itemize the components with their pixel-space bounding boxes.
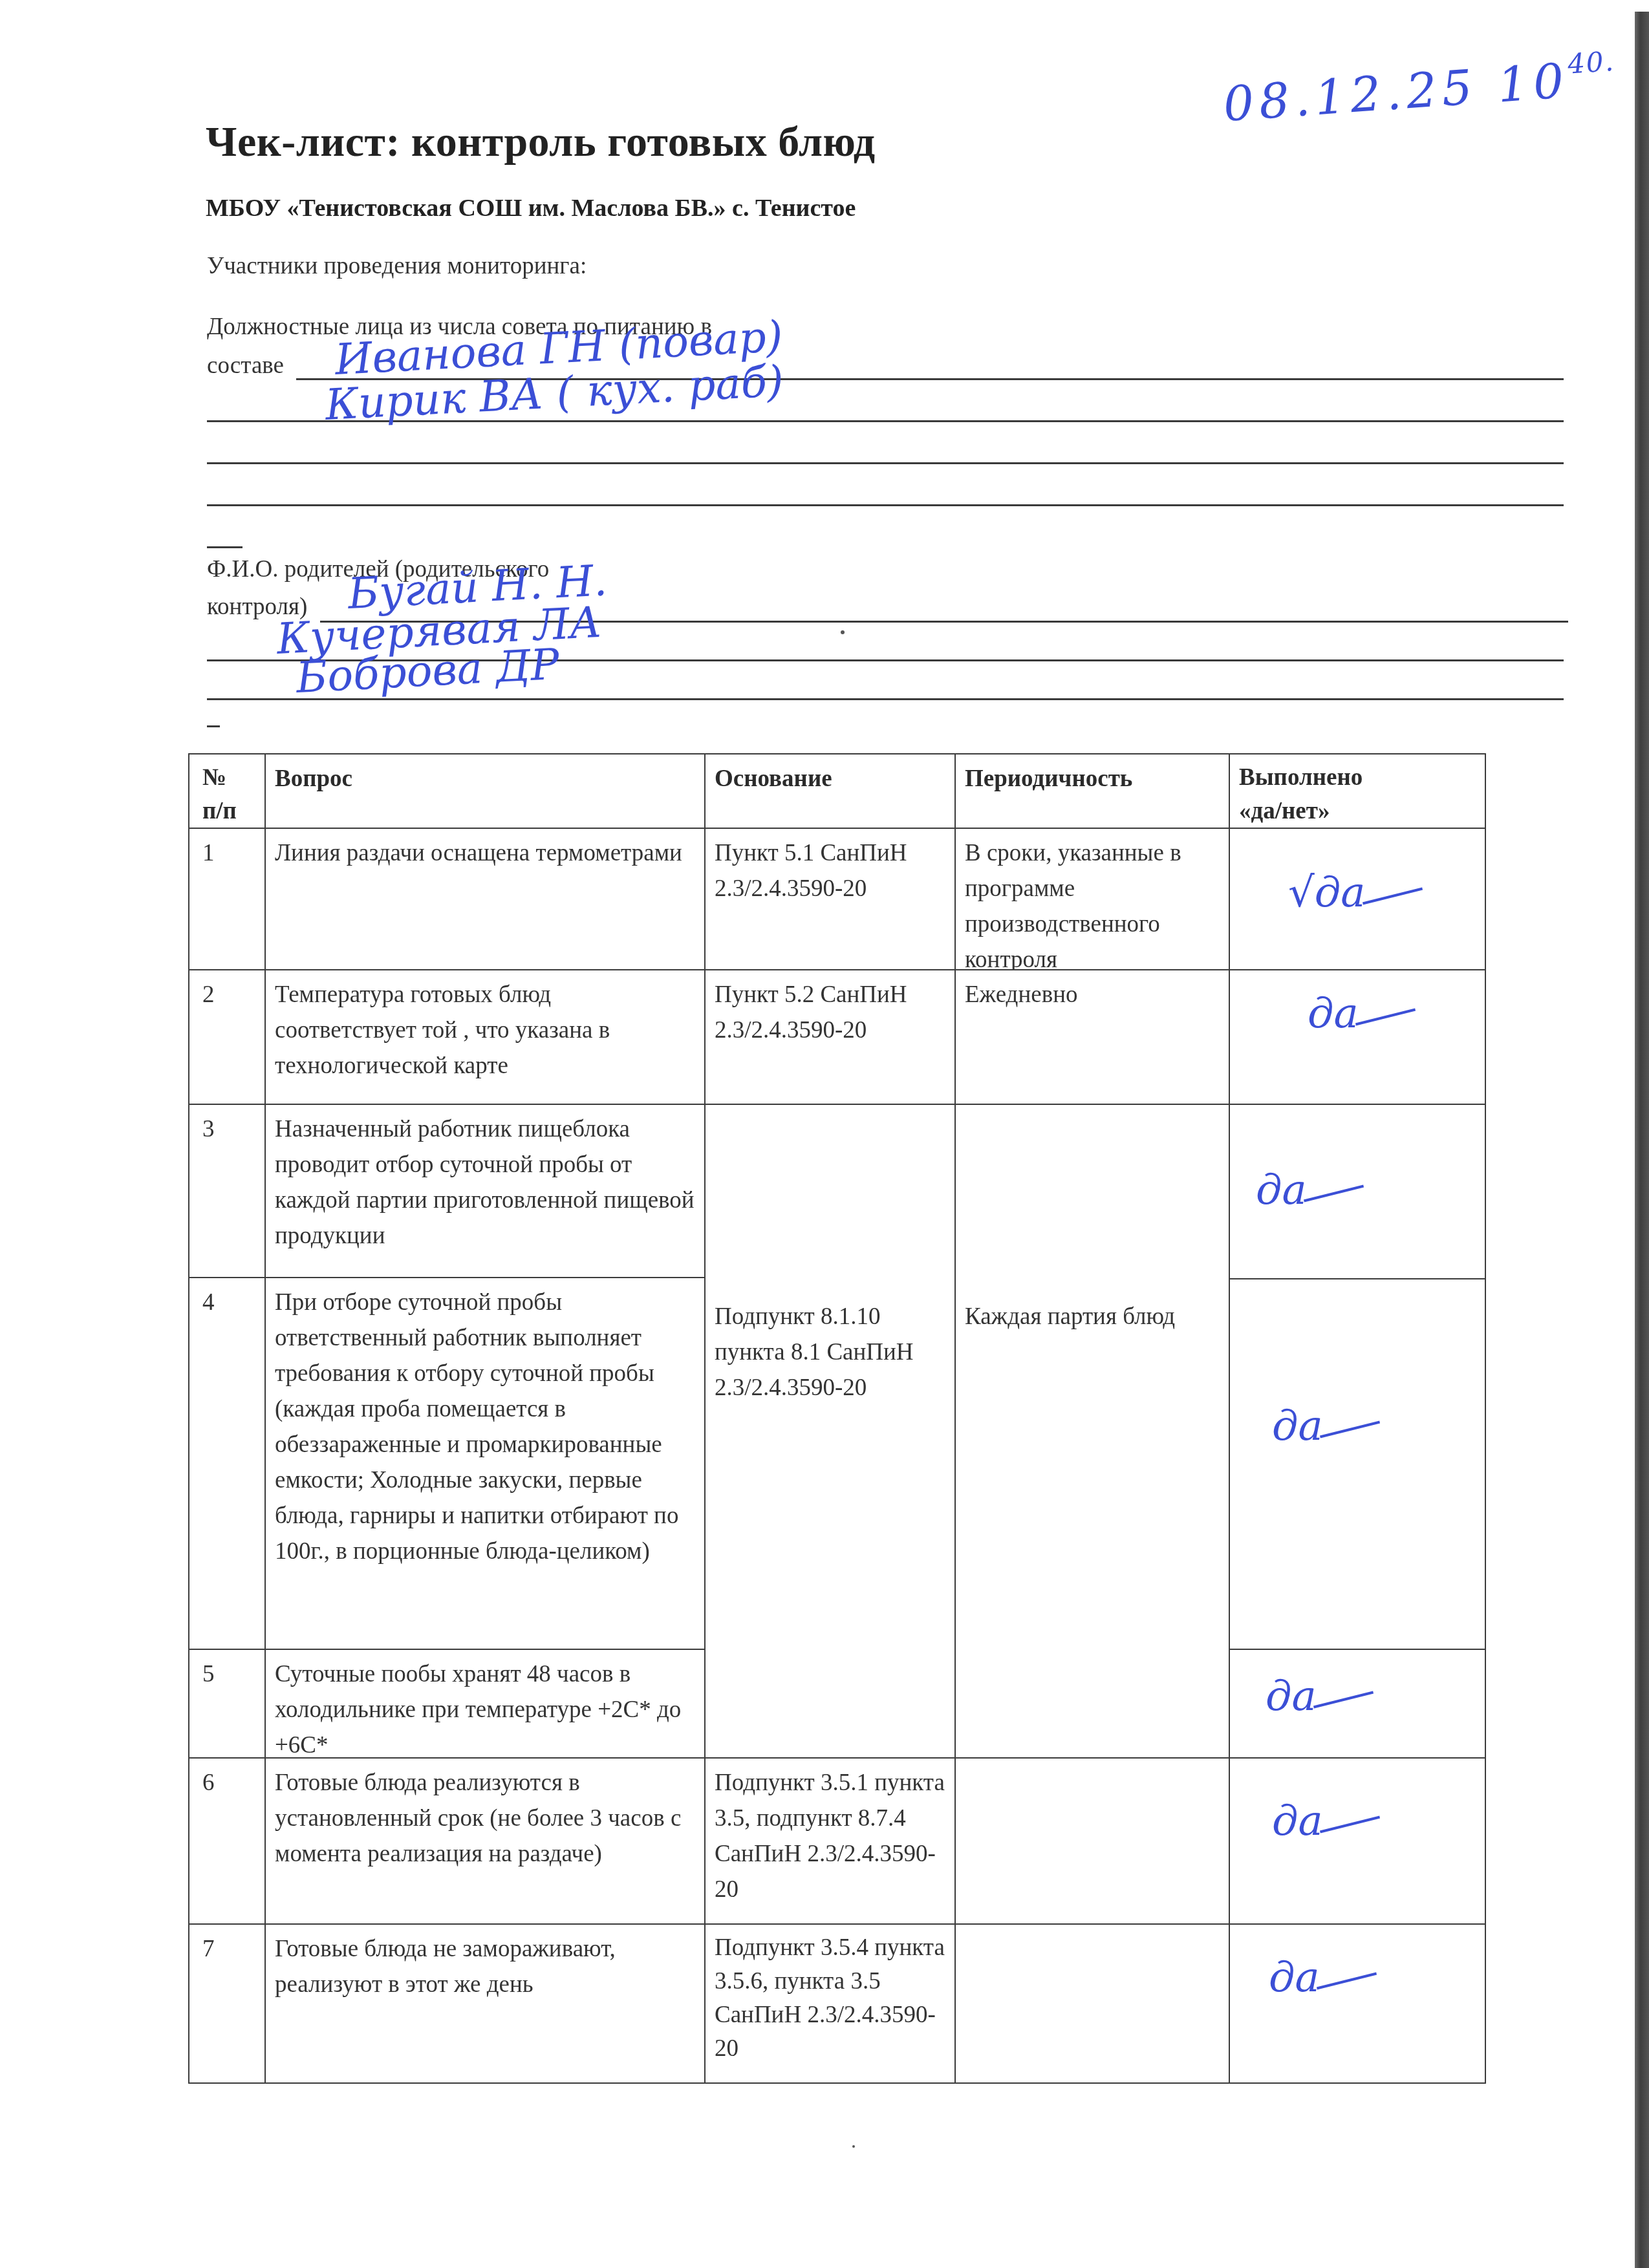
scan-speck [852,2145,855,2148]
row-1-periodicity: В сроки, указанные в программе производс… [954,828,1230,970]
row-7-done-cell: да [1229,1923,1486,2084]
header-basis: Основание [704,753,956,829]
header-done-line1: Выполнено [1239,761,1476,795]
row-2-done-mark: да [1308,996,1416,1032]
row-6-num: 6 [188,1757,266,1925]
row-6-basis: Подпункт 3.5.1 пункта 3.5, подпункт 8.7.… [704,1757,956,1925]
date-text: 08.12.25 10 [1222,53,1571,133]
handwritten-date-time: 08.12.25 1040. [1222,45,1618,133]
council-line-3 [207,462,1564,464]
row-1-basis: Пункт 5.1 СанПиН 2.3/2.4.3590-20 [704,828,956,970]
participants-heading: Участники проведения мониторинга: [207,254,587,278]
pen-stroke [1304,1185,1364,1203]
row-5-done-value: да [1266,1673,1317,1720]
row-7-done-mark: да [1269,1960,1377,1996]
header-done: Выполнено «да/нет» [1229,753,1486,829]
row-2-done-cell: да [1229,969,1486,1105]
header-num: № п/п [188,753,266,829]
row-2-question: Температура готовых блюд соответствует т… [264,969,706,1105]
row-3-question: Назначенный работник пищеблока проводит … [264,1104,706,1278]
header-periodicity: Периодичность [954,753,1230,829]
header-num-line2: п/п [202,795,255,828]
row-7-periodicity [954,1923,1230,2084]
row-7-done-value: да [1269,1954,1320,2002]
row-1-question: Линия раздачи оснащена термометрами [264,828,706,970]
pen-stroke [1320,1421,1380,1439]
header-num-line1: № [202,761,255,795]
row-3-done-value: да [1256,1166,1307,1214]
row-5-question: Суточные пообы хранят 48 часов в холодил… [264,1649,706,1759]
row-3-done-cell: да [1229,1104,1486,1279]
row-4-question: При отборе суточной пробы ответственный … [264,1277,706,1650]
rows-3-5-periodicity: Каждая партия блюд [954,1104,1230,1759]
row-3-done-mark: да [1256,1173,1364,1208]
parents-line-end [207,725,220,727]
pen-stroke [1317,1973,1377,1990]
check-icon: √ [1288,869,1315,917]
pen-stroke [1320,1816,1380,1834]
council-line-end [207,546,242,548]
rows-3-5-basis: Подпункт 8.1.10 пункта 8.1 СанПиН 2.3/2.… [704,1104,956,1759]
row-2-done-value: да [1308,990,1359,1038]
row-1-done-cell: √да [1229,828,1486,970]
council-line-4 [207,504,1564,506]
pen-stroke [1362,888,1422,905]
row-1-num: 1 [188,828,266,970]
row-1-done-value: да [1315,869,1366,917]
row-5-done-cell: да [1229,1649,1486,1759]
scan-edge-shadow [1635,12,1649,2268]
row-5-num: 5 [188,1649,266,1759]
row-2-basis: Пункт 5.2 СанПиН 2.3/2.4.3590-20 [704,969,956,1105]
row-5-done-mark: да [1266,1679,1374,1715]
row-4-num: 4 [188,1277,266,1650]
document-title: Чек-лист: контроль готовых блюд [206,118,876,167]
row-4-done-cell: да [1229,1278,1486,1650]
row-7-question: Готовые блюда не замораживают, реализуют… [264,1923,706,2084]
row-7-basis: Подпункт 3.5.4 пункта 3.5.6, пункта 3.5 … [704,1923,956,2084]
row-6-question: Готовые блюда реализуются в установленны… [264,1757,706,1925]
row-6-done-value: да [1272,1797,1323,1845]
council-label-line2: составе [207,354,284,378]
time-minutes: 40. [1566,45,1615,80]
row-6-done-mark: да [1272,1804,1381,1839]
parents-line-3 [207,698,1564,700]
row-6-periodicity [954,1757,1230,1925]
row-2-periodicity: Ежедневно [954,969,1230,1105]
row-2-num: 2 [188,969,266,1105]
row-7-num: 7 [188,1923,266,2084]
scan-speck [841,630,845,634]
row-1-done-mark: √да [1288,875,1423,911]
pen-stroke [1313,1691,1374,1709]
organization-name: МБОУ «Тенистовская СОШ им. Маслова БВ.» … [206,194,856,222]
header-question: Вопрос [264,753,706,829]
row-4-done-mark: да [1272,1409,1381,1444]
row-3-num: 3 [188,1104,266,1278]
pen-stroke [1355,1009,1416,1026]
row-4-done-value: да [1272,1402,1323,1450]
header-done-line2: «да/нет» [1239,795,1476,828]
row-6-done-cell: да [1229,1757,1486,1925]
